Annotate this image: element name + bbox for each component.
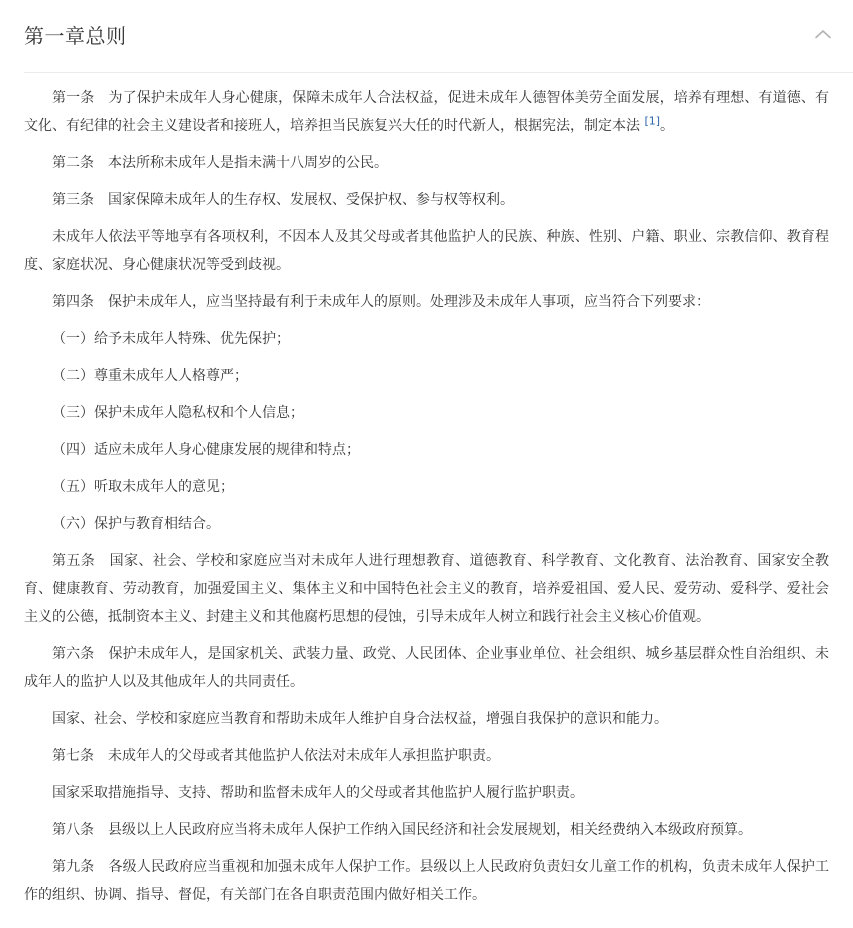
paragraph-text: （一）给予未成年人特殊、优先保护； xyxy=(52,331,290,347)
paragraph-text: 第三条 国家保障未成年人的生存权、发展权、受保护权、参与权等权利。 xyxy=(52,192,514,208)
paragraph-suffix: 。 xyxy=(660,118,674,134)
paragraph-text: （三）保护未成年人隐私权和个人信息； xyxy=(52,405,304,421)
section-title: 第一章总则 xyxy=(24,24,127,48)
paragraph-text: 第八条 县级以上人民政府应当将未成年人保护工作纳入国民经济和社会发展规划，相关经… xyxy=(52,822,752,838)
paragraph-article-1: 第一条 为了保护未成年人身心健康，保障未成年人合法权益，促进未成年人德智体美劳全… xyxy=(24,84,829,140)
paragraph-item-5: （五）听取未成年人的意见； xyxy=(24,473,829,501)
paragraph-article-2: 第二条 本法所称未成年人是指未满十八周岁的公民。 xyxy=(24,149,829,177)
paragraph-text: （四）适应未成年人身心健康发展的规律和特点； xyxy=(52,442,360,458)
paragraph-article-7-cont: 国家采取措施指导、支持、帮助和监督未成年人的父母或者其他监护人履行监护职责。 xyxy=(24,779,829,807)
paragraph-article-3: 第三条 国家保障未成年人的生存权、发展权、受保护权、参与权等权利。 xyxy=(24,186,829,214)
paragraph-article-6: 第六条 保护未成年人，是国家机关、武装力量、政党、人民团体、企业事业单位、社会组… xyxy=(24,640,829,696)
article-body: 第一条 为了保护未成年人身心健康，保障未成年人合法权益，促进未成年人德智体美劳全… xyxy=(0,73,853,928)
chapter-section: 第一章总则 第一条 为了保护未成年人身心健康，保障未成年人合法权益，促进未成年人… xyxy=(0,0,853,928)
citation-ref-1[interactable]: [1] xyxy=(644,115,660,128)
paragraph-article-7: 第七条 未成年人的父母或者其他监护人依法对未成年人承担监护职责。 xyxy=(24,742,829,770)
collapse-section-button[interactable] xyxy=(813,28,833,43)
chevron-up-icon xyxy=(813,28,833,43)
paragraph-item-2: （二）尊重未成年人人格尊严； xyxy=(24,362,829,390)
paragraph-article-8: 第八条 县级以上人民政府应当将未成年人保护工作纳入国民经济和社会发展规划，相关经… xyxy=(24,816,829,844)
paragraph-text: 第二条 本法所称未成年人是指未满十八周岁的公民。 xyxy=(52,155,388,171)
citation-ref-link[interactable]: [1] xyxy=(644,115,660,128)
paragraph-text: （五）听取未成年人的意见； xyxy=(52,479,234,495)
paragraph-text: 国家采取措施指导、支持、帮助和监督未成年人的父母或者其他监护人履行监护职责。 xyxy=(52,785,584,801)
paragraph-item-3: （三）保护未成年人隐私权和个人信息； xyxy=(24,399,829,427)
paragraph-text: （六）保护与教育相结合。 xyxy=(52,516,220,532)
paragraph-item-1: （一）给予未成年人特殊、优先保护； xyxy=(24,325,829,353)
paragraph-item-4: （四）适应未成年人身心健康发展的规律和特点； xyxy=(24,436,829,464)
section-header: 第一章总则 xyxy=(0,0,853,72)
paragraph-item-6: （六）保护与教育相结合。 xyxy=(24,510,829,538)
paragraph-text: 第七条 未成年人的父母或者其他监护人依法对未成年人承担监护职责。 xyxy=(52,748,500,764)
paragraph-article-9: 第九条 各级人民政府应当重视和加强未成年人保护工作。县级以上人民政府负责妇女儿童… xyxy=(24,853,829,909)
paragraph-text: 第六条 保护未成年人，是国家机关、武装力量、政党、人民团体、企业事业单位、社会组… xyxy=(24,646,829,690)
paragraph-article-5: 第五条 国家、社会、学校和家庭应当对未成年人进行理想教育、道德教育、科学教育、文… xyxy=(24,547,829,631)
paragraph-text: 国家、社会、学校和家庭应当教育和帮助未成年人维护自身合法权益，增强自我保护的意识… xyxy=(52,711,668,727)
paragraph-text: （二）尊重未成年人人格尊严； xyxy=(52,368,248,384)
paragraph-text: 第五条 国家、社会、学校和家庭应当对未成年人进行理想教育、道德教育、科学教育、文… xyxy=(24,553,829,625)
paragraph-article-3-cont: 未成年人依法平等地享有各项权利，不因本人及其父母或者其他监护人的民族、种族、性别… xyxy=(24,223,829,279)
paragraph-article-6-cont: 国家、社会、学校和家庭应当教育和帮助未成年人维护自身合法权益，增强自我保护的意识… xyxy=(24,705,829,733)
paragraph-text: 第一条 为了保护未成年人身心健康，保障未成年人合法权益，促进未成年人德智体美劳全… xyxy=(24,90,829,134)
paragraph-article-4: 第四条 保护未成年人，应当坚持最有利于未成年人的原则。处理涉及未成年人事项，应当… xyxy=(24,288,829,316)
paragraph-text: 第四条 保护未成年人，应当坚持最有利于未成年人的原则。处理涉及未成年人事项，应当… xyxy=(52,294,710,310)
paragraph-text: 第九条 各级人民政府应当重视和加强未成年人保护工作。县级以上人民政府负责妇女儿童… xyxy=(24,859,829,903)
paragraph-text: 未成年人依法平等地享有各项权利，不因本人及其父母或者其他监护人的民族、种族、性别… xyxy=(24,229,829,273)
